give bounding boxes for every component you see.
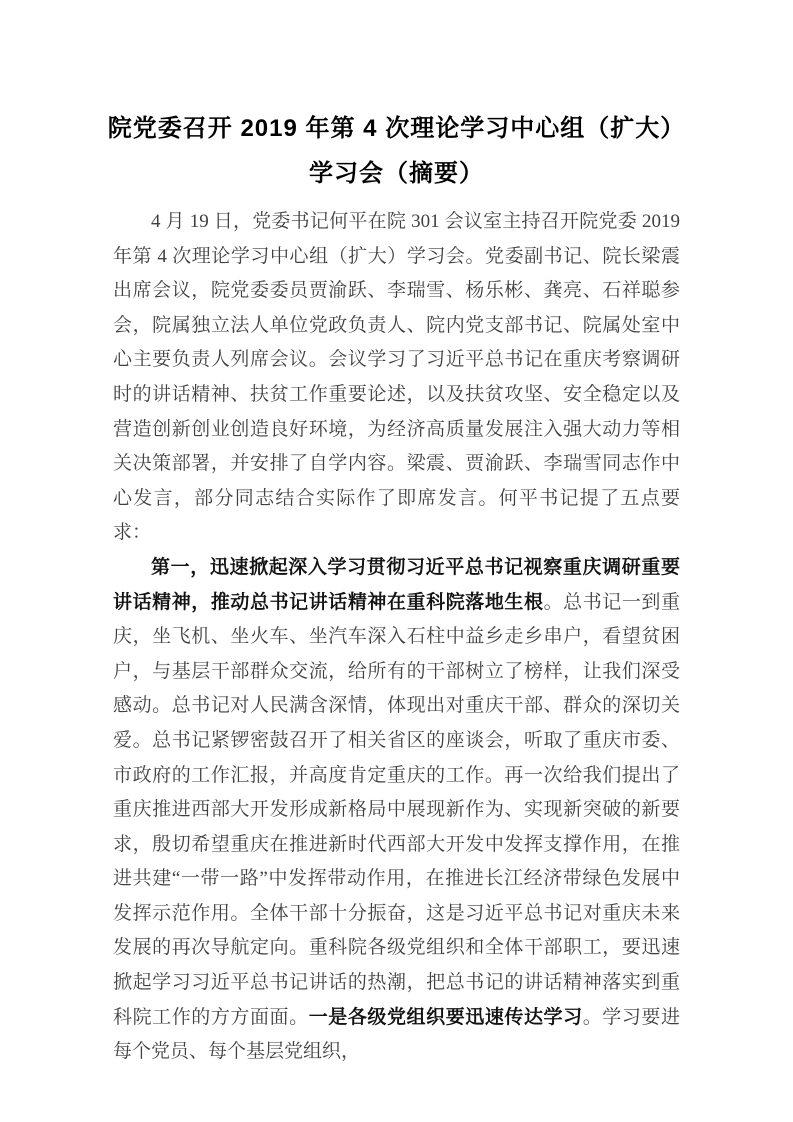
document-page: 院党委召开 2019 年第 4 次理论学习中心组（扩大） 学习会（摘要） 4 月… (0, 0, 793, 1122)
text-run: 4 月 19 日，党委书记何平在院 301 会议室主持召开院党委 2019 年第… (113, 211, 680, 543)
paragraph: 第一，迅速掀起深入学习贯彻习近平总书记视察重庆调研重要讲话精神，推动总书记讲话精… (113, 551, 680, 1070)
paragraph: 4 月 19 日，党委书记何平在院 301 会议室主持召开院党委 2019 年第… (113, 205, 680, 551)
document-body: 4 月 19 日，党委书记何平在院 301 会议室主持召开院党委 2019 年第… (113, 205, 680, 1070)
text-run: 。总书记一到重庆，坐飞机、坐火车、坐汽车深入石柱中益乡走乡串户，看望贫困户，与基… (113, 592, 680, 1028)
bold-text-run: 一是各级党组织要迅速传达学习 (309, 1007, 583, 1028)
document-title-line-1: 院党委召开 2019 年第 4 次理论学习中心组（扩大） (0, 106, 793, 151)
document-title: 院党委召开 2019 年第 4 次理论学习中心组（扩大） 学习会（摘要） (0, 0, 793, 196)
document-title-line-2: 学习会（摘要） (0, 151, 793, 196)
